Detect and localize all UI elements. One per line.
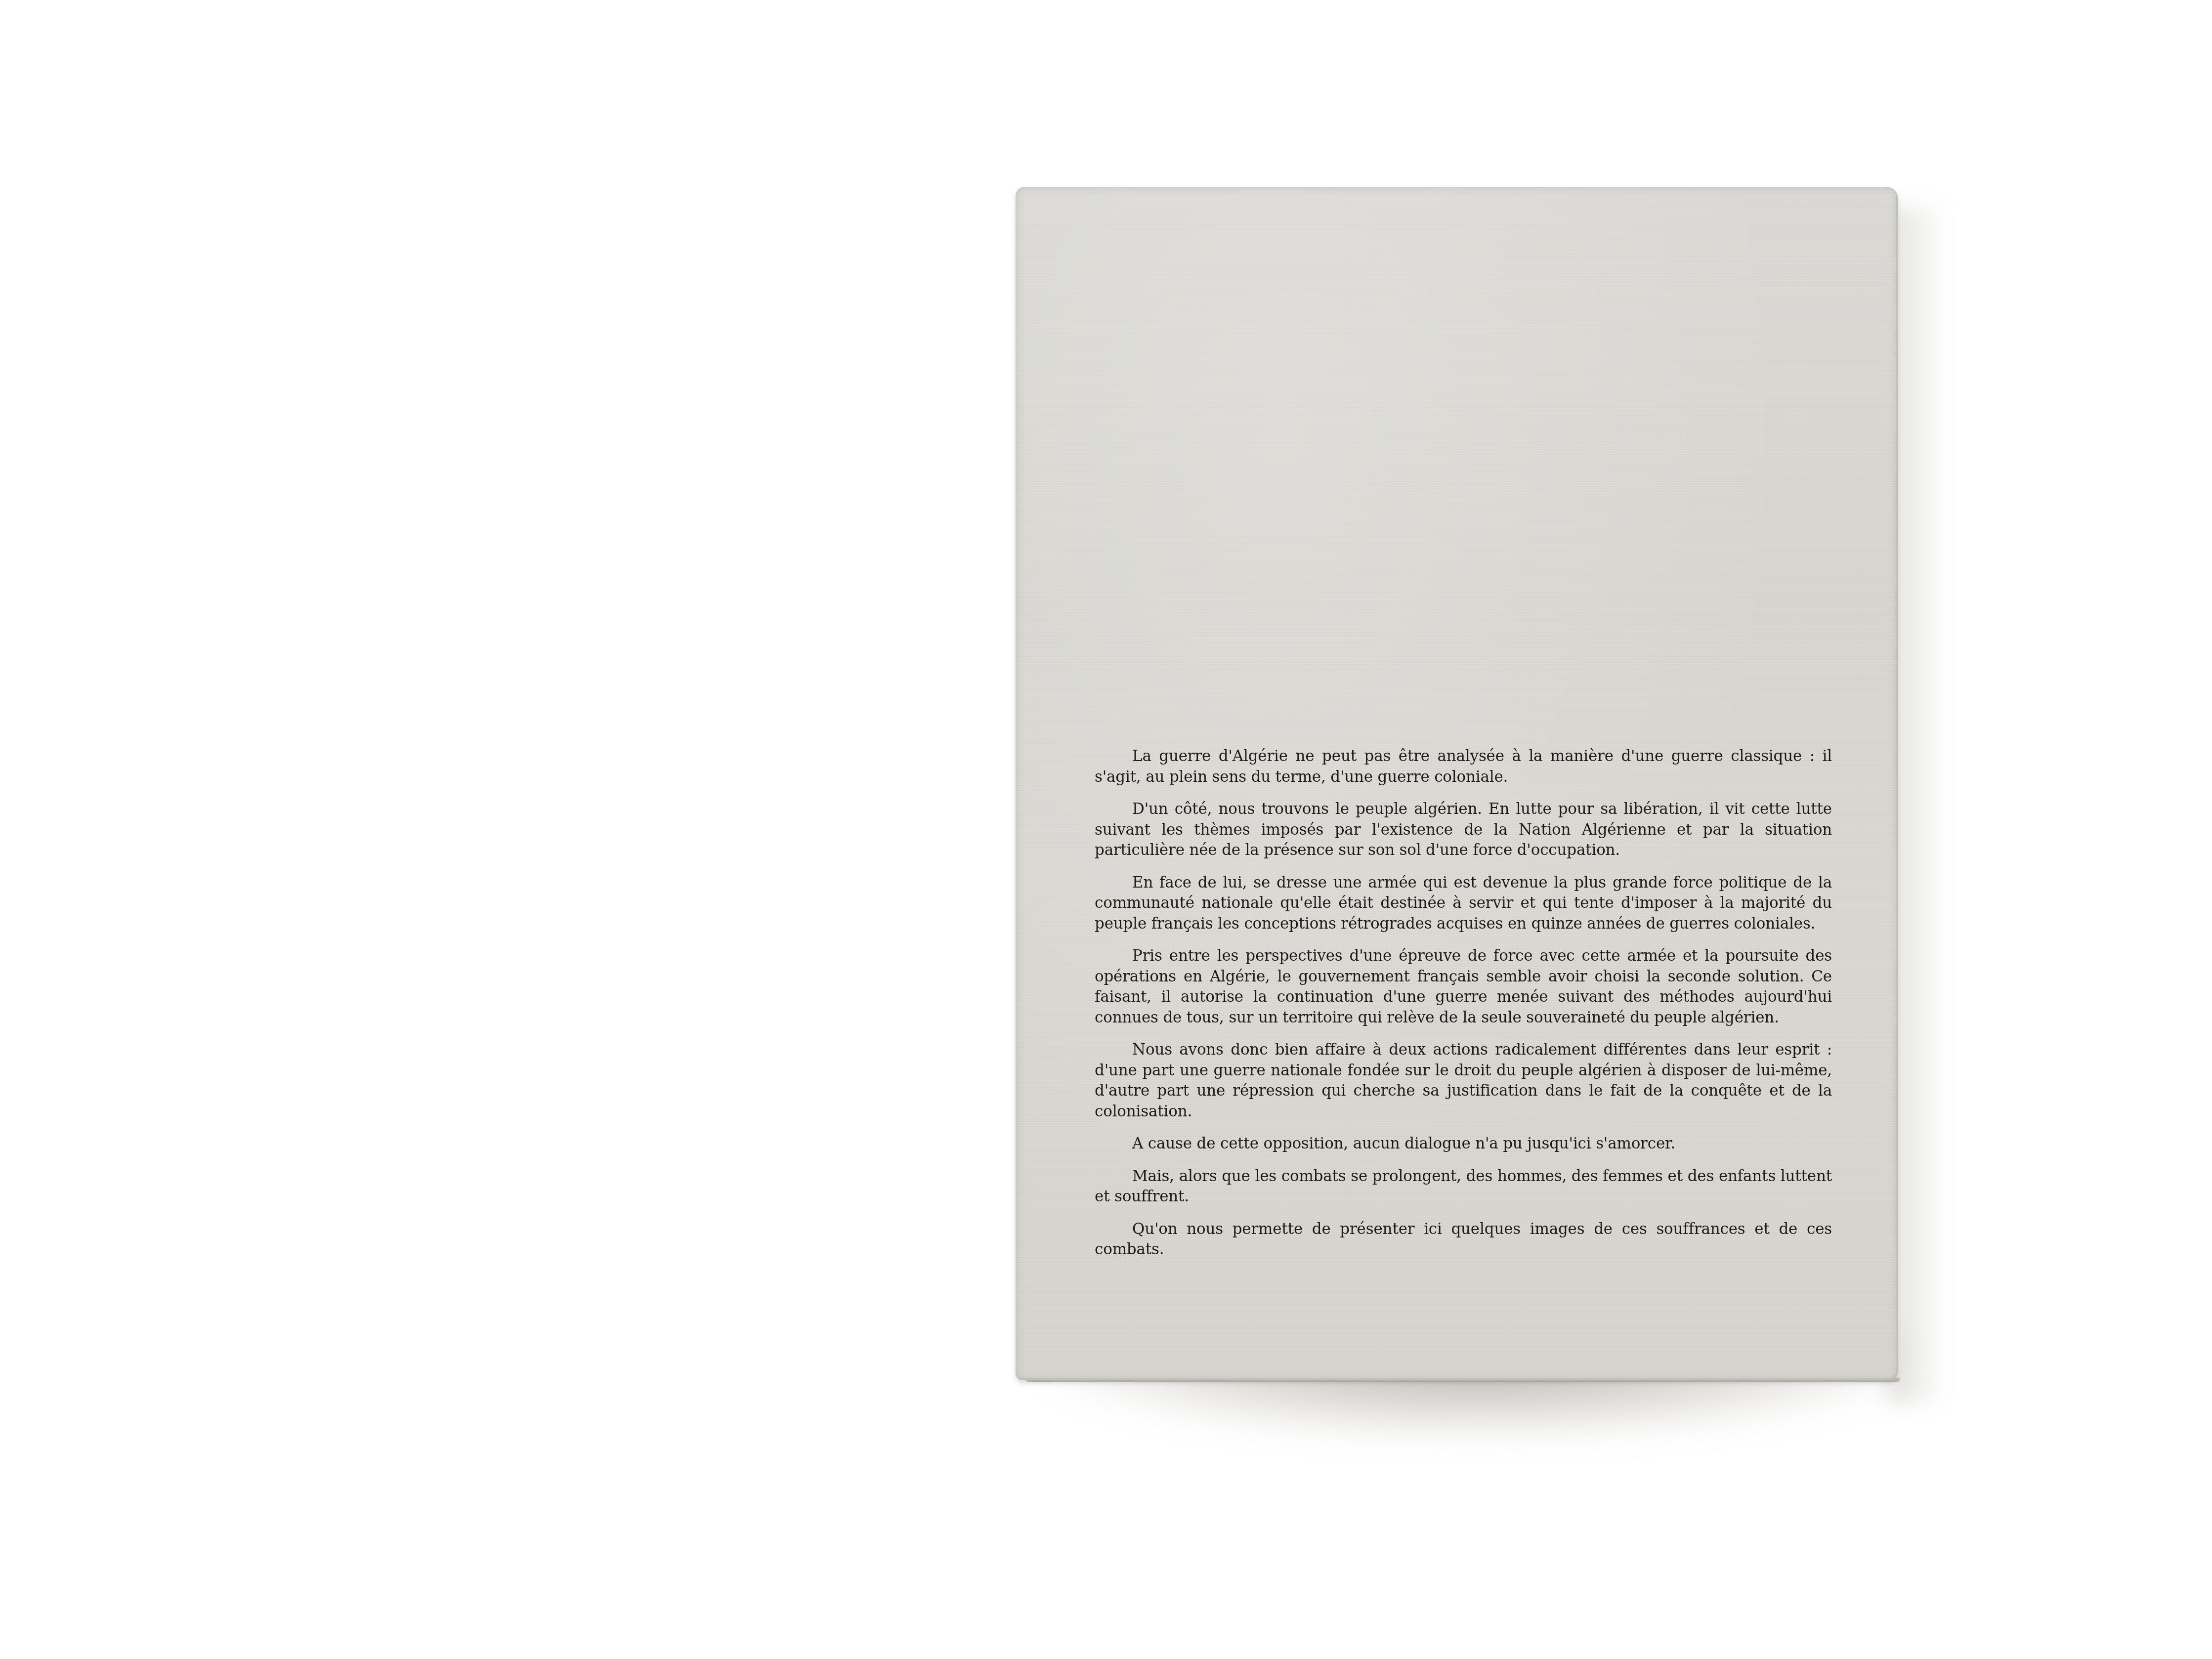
paragraph: En face de lui, se dresse une armée qui … [1095, 873, 1832, 935]
body-text: La guerre d'Algérie ne peut pas être ana… [1095, 746, 1832, 1272]
paragraph: Qu'on nous permette de présenter ici que… [1095, 1219, 1832, 1260]
paragraph: La guerre d'Algérie ne peut pas être ana… [1095, 746, 1832, 787]
paragraph: Pris entre les perspectives d'une épreuv… [1095, 946, 1832, 1028]
paragraph: D'un côté, nous trouvons le peuple algér… [1095, 799, 1832, 861]
paragraph: Nous avons donc bien affaire à deux acti… [1095, 1040, 1832, 1122]
paragraph: A cause de cette opposition, aucun dialo… [1095, 1134, 1832, 1154]
photo-background: La guerre d'Algérie ne peut pas être ana… [0, 0, 2212, 1659]
paragraph: Mais, alors que les combats se prolongen… [1095, 1166, 1832, 1207]
